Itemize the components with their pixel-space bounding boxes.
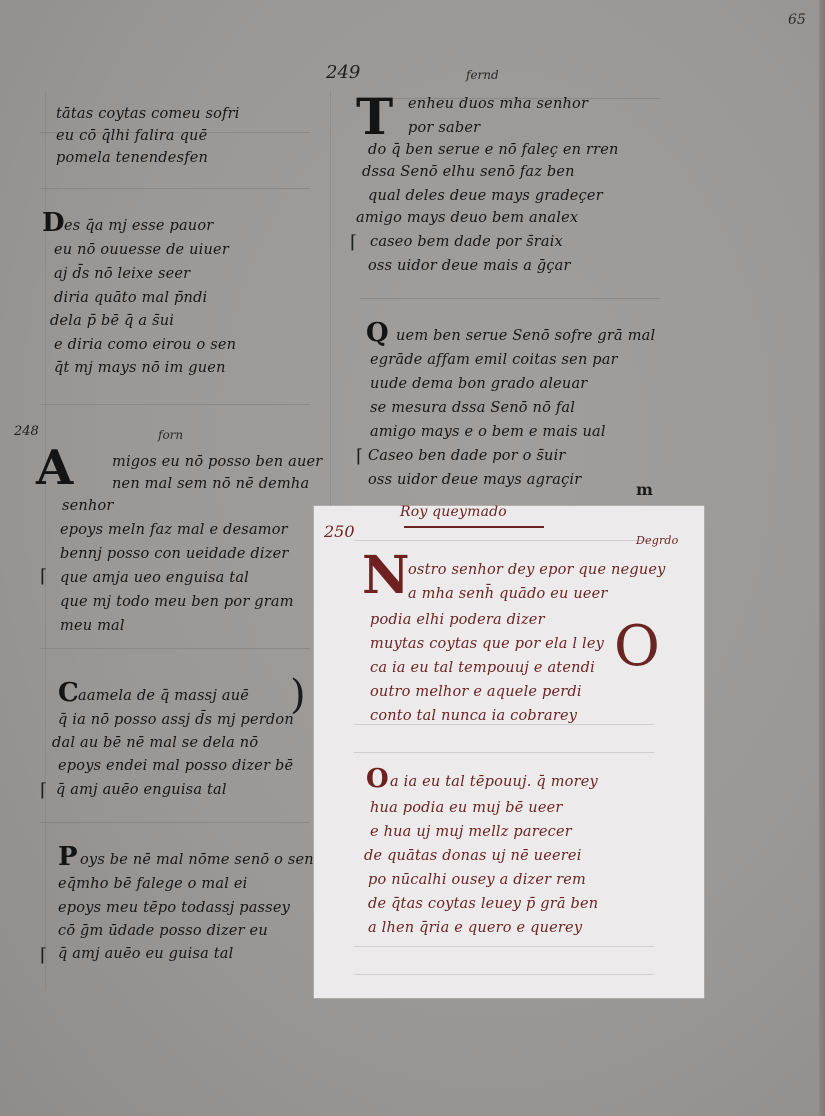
verse-line: que mj todo meu ben por gram: [60, 594, 294, 610]
verse-line: senhor: [62, 498, 114, 514]
verse-line: de quātas donas uj nē ueerei: [364, 848, 582, 864]
verse-line: e hua uj muj mellz parecer: [370, 824, 572, 840]
paragraph-mark-icon: ⌈: [40, 945, 47, 966]
verse-line: oss uidor deue mais a ḡçar: [368, 258, 571, 274]
verse-line: bennj posso con ueidade dizer: [60, 546, 289, 562]
initial-letter: O: [366, 766, 389, 792]
marginal-m-mark-icon: m: [636, 480, 653, 499]
ruling-line: [40, 188, 310, 189]
manuscript-page: 65 tātas coytas comeu sofri eu cō q̄lhi …: [0, 0, 825, 1116]
initial-letter: D: [42, 210, 65, 236]
verse-line: outro melhor e aquele perdi: [370, 684, 582, 700]
verse-line: ostro senhor dey epor que neguey: [408, 562, 666, 578]
folio-number: 65: [788, 12, 806, 28]
ruling-line: [354, 724, 654, 725]
verse-line: q̄t mj mays nō im guen: [54, 360, 226, 376]
verse-line: eq̄mho bē falege o mal ei: [58, 876, 247, 892]
verse-line: a mha senh̄ quādo eu ueer: [408, 586, 608, 602]
verse-line: aj d̄s nō leixe seer: [54, 266, 190, 282]
ruling-line: [354, 540, 654, 541]
paragraph-mark-icon: ⌈: [40, 566, 47, 587]
verse-line: q̄ amj auēo eu guisa tal: [58, 946, 234, 962]
verse-line: eu nō ouuesse de uiuer: [54, 242, 229, 258]
ruling-line: [354, 752, 654, 753]
verse-line: egrāde affam emil coitas sen par: [370, 352, 618, 368]
verse-line: uude dema bon grado aleuar: [370, 376, 587, 392]
verse-line: conto tal nunca ia cobrarey: [370, 708, 577, 724]
verse-line: que amja ueo enguisa tal: [60, 570, 249, 586]
verse-line: epoys endei mal posso dizer bē: [58, 758, 293, 774]
verse-line: hua podia eu muj bē ueer: [370, 800, 563, 816]
paragraph-mark-icon: ⌈: [40, 780, 47, 801]
marginal-note: Degrdo: [636, 534, 679, 547]
verse-line: es q̄a mj esse pauor: [64, 218, 213, 234]
verse-line: podia elhi podera dizer: [370, 612, 545, 628]
poem-number: 249: [326, 62, 360, 83]
verse-line: dssa Senō elhu senō faz ben: [362, 164, 575, 180]
verse-line: nen mal sem nō nē demha: [112, 476, 309, 492]
verse-line: amigo mays deuo bem analex: [356, 210, 578, 226]
verse-line: a ia eu tal tēpouuj. q̄ morey: [390, 774, 598, 790]
verse-line: enheu duos mha senhor: [408, 96, 588, 112]
initial-letter: Q: [366, 320, 389, 346]
poem-author: fernd: [466, 68, 499, 82]
verse-line: pomela tenendesfen: [56, 150, 208, 166]
initial-letter: C: [58, 680, 79, 706]
ruling-line: [40, 648, 310, 649]
paragraph-mark-icon: ⌈: [350, 232, 357, 253]
verse-line: caseo bem dade por s̄raix: [370, 234, 563, 250]
poem-number: 248: [14, 424, 39, 439]
verse-line: amigo mays e o bem e mais ual: [370, 424, 606, 440]
verse-line: ca ia eu tal tempouuj e atendi: [370, 660, 595, 676]
ruling-line: [40, 404, 310, 405]
verse-line: dal au bē nē mal se dela nō: [52, 735, 258, 751]
ruling-line: [40, 822, 310, 823]
verse-line: diria quāto mal p̄ndi: [54, 290, 207, 306]
paragraph-mark-icon: ⌈: [356, 446, 363, 467]
author-underline: [404, 526, 544, 528]
verse-line: a lhen q̄ria e quero e querey: [368, 920, 582, 936]
verse-line: por saber: [408, 120, 480, 136]
verse-line: meu mal: [60, 618, 125, 634]
initial-letter: P: [58, 844, 78, 870]
verse-line: uem ben serue Senō sofre grā mal: [396, 328, 655, 344]
verse-line: do q̄ ben serue e nō faleç en rren: [368, 142, 619, 158]
marginal-flourish-icon: ): [290, 672, 306, 718]
verse-line: tātas coytas comeu sofri: [56, 106, 240, 122]
page-edge: [819, 0, 825, 1116]
illuminated-initial: N: [362, 550, 410, 602]
verse-line: q̄ ia nō posso assj d̄s mj perdon: [58, 712, 294, 728]
verse-line: se mesura dssa Senō nō fal: [370, 400, 575, 416]
verse-line: de q̄tas coytas leuey p̄ grā ben: [368, 896, 598, 912]
illuminated-initial: A: [36, 444, 73, 492]
verse-line: e diria como eirou o sen: [54, 337, 236, 353]
marginal-o-flourish-icon: O: [614, 614, 660, 679]
verse-line: cō ḡm ūdade posso dizer eu: [58, 923, 268, 939]
verse-line: q̄ amj auēo enguisa tal: [56, 782, 227, 798]
verse-line: Caseo ben dade por o s̄uir: [368, 448, 566, 464]
ruling-line: [354, 946, 654, 947]
verse-line: po nūcalhi ousey a dizer rem: [368, 872, 586, 888]
verse-line: dela p̄ bē q̄ a s̄ui: [50, 313, 174, 329]
poem-author: Roy queymado: [400, 504, 507, 520]
verse-line: migos eu nō posso ben auer: [112, 454, 322, 470]
verse-line: eu cō q̄lhi falira quē: [56, 128, 207, 144]
verse-line: epoys meu tēpo todassj passey: [58, 900, 290, 916]
verse-line: qual deles deue mays gradeçer: [368, 188, 603, 204]
ruling-line: [360, 298, 660, 299]
illuminated-initial: T: [356, 92, 393, 142]
verse-line: oys be nē mal nōme senō o sen: [80, 852, 314, 868]
ruling-line: [354, 974, 654, 975]
verse-line: oss uidor deue mays agraçir: [368, 472, 581, 488]
verse-line: muytas coytas que por ela l ley: [370, 636, 604, 652]
poem-number: 250: [324, 522, 355, 541]
verse-line: aamela de q̄ massj auē: [78, 688, 249, 704]
poem-author: forn: [158, 428, 183, 442]
verse-line: epoys meln faz mal e desamor: [60, 522, 288, 538]
